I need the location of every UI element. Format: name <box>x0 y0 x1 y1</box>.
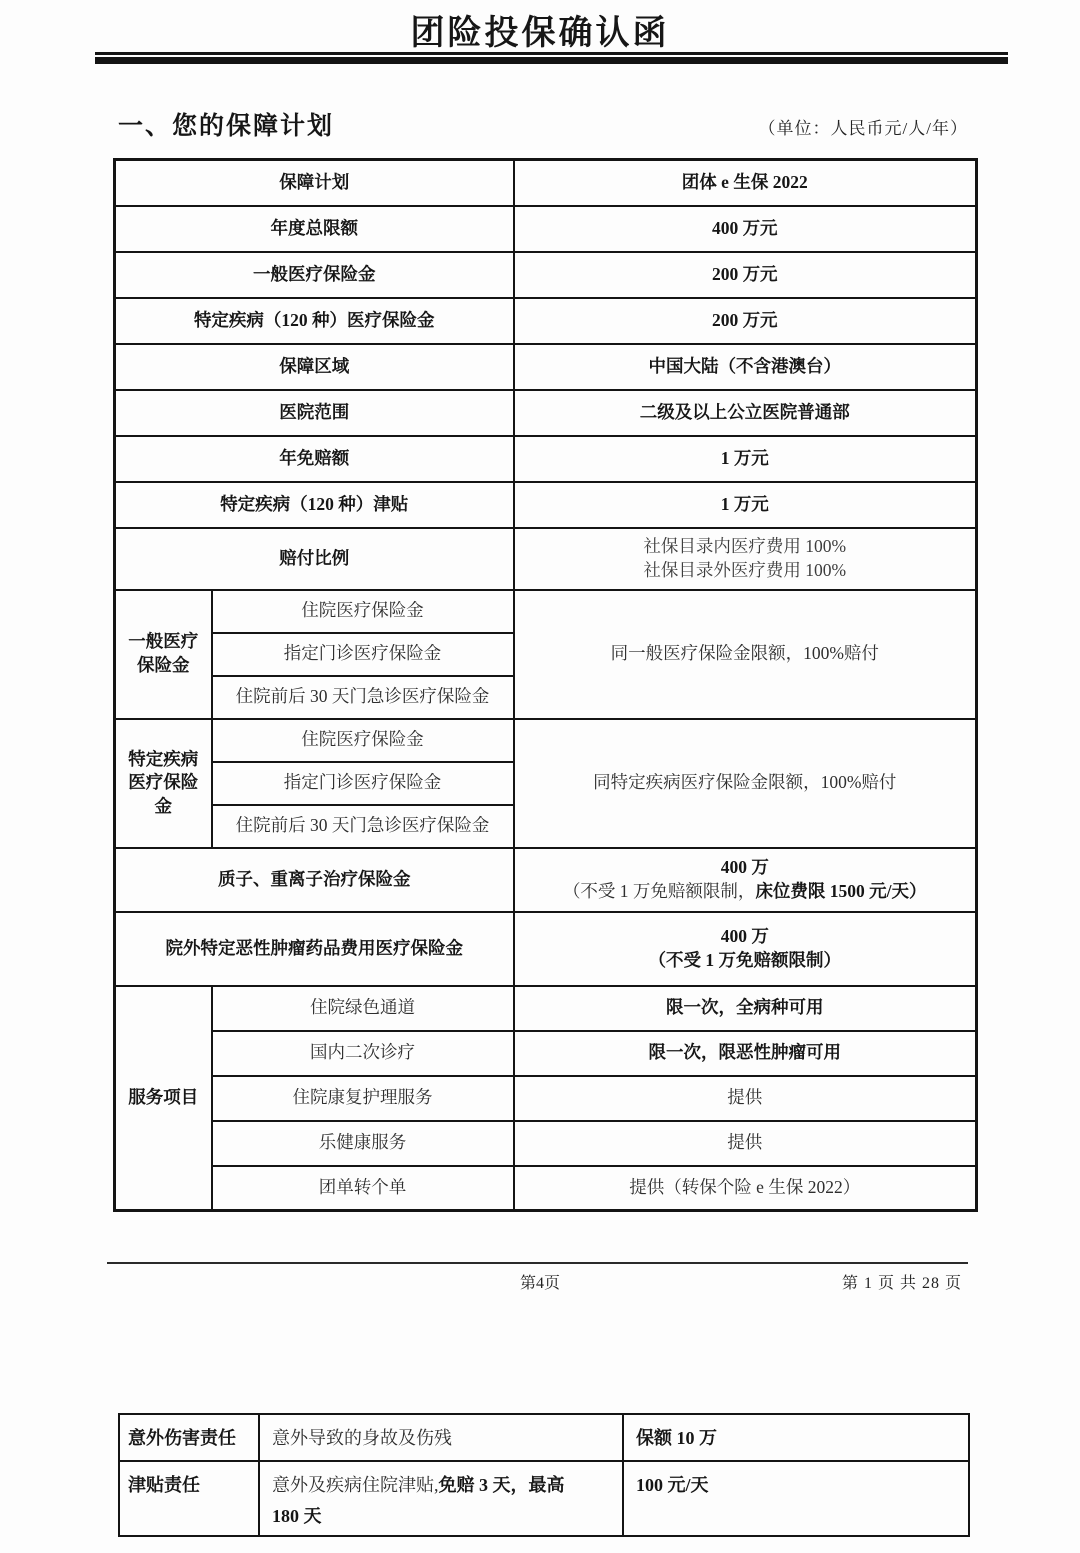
footer-divider-rule <box>107 1262 968 1264</box>
desc-line-2: 180 天 <box>272 1501 612 1532</box>
liability-table: 意外伤害责任 意外导致的身故及伤残 保额 10 万 津贴责任 意外及疾病住院津贴… <box>118 1413 970 1537</box>
table-row: 国内二次诊疗 限一次，限恶性肿瘤可用 <box>115 1031 977 1076</box>
section-header-row: 一、您的保障计划 （单位：人民币元/人/年） <box>118 106 968 142</box>
service-item: 住院康复护理服务 <box>212 1076 514 1121</box>
group-item: 住院医疗保险金 <box>212 719 514 762</box>
service-item: 乐健康服务 <box>212 1121 514 1166</box>
table-row: 年度总限额 400 万元 <box>115 206 977 252</box>
table-row: 赔付比例 社保目录内医疗费用 100% 社保目录外医疗费用 100% <box>115 528 977 590</box>
table-row: 住院康复护理服务 提供 <box>115 1076 977 1121</box>
proton-value-note: （不受 1 万免赔额限制，床位费限 1500 元/天） <box>519 880 972 904</box>
desc-bold: 免赔 3 天，最高 <box>439 1475 565 1495</box>
group-item: 住院前后 30 天门急诊医疗保险金 <box>212 676 514 719</box>
ratio-line-1: 社保目录内医疗费用 100% <box>519 535 972 559</box>
plan-row-label: 保障计划 <box>115 160 514 206</box>
table-row: 质子、重离子治疗保险金 400 万 （不受 1 万免赔额限制，床位费限 1500… <box>115 848 977 912</box>
plan-row-label: 医院范围 <box>115 390 514 436</box>
service-value: 限一次，限恶性肿瘤可用 <box>514 1031 977 1076</box>
table-row: 乐健康服务 提供 <box>115 1121 977 1166</box>
table-row: 一般医疗保险金 200 万元 <box>115 252 977 298</box>
table-row: 意外伤害责任 意外导致的身故及伤残 保额 10 万 <box>119 1414 969 1461</box>
service-value: 提供 <box>514 1076 977 1121</box>
drug-value-note: （不受 1 万免赔额限制） <box>519 949 972 973</box>
plan-row-value: 400 万元 <box>514 206 977 252</box>
table-row: 一般医疗保险金 住院医疗保险金 同一般医疗保险金限额，100%赔付 <box>115 590 977 633</box>
group-value: 同一般医疗保险金限额，100%赔付 <box>514 590 977 719</box>
plan-table: 保障计划 团体 e 生保 2022 年度总限额 400 万元 一般医疗保险金 2… <box>113 158 978 1212</box>
group-item: 住院前后 30 天门急诊医疗保险金 <box>212 805 514 848</box>
page-title: 团险投保确认函 <box>0 5 1080 54</box>
plan-row-label: 院外特定恶性肿瘤药品费用医疗保险金 <box>115 912 514 986</box>
proton-note-bold: 床位费限 1500 元/天） <box>755 881 926 901</box>
title-divider-rule <box>95 52 1008 64</box>
plan-row-value: 1 万元 <box>514 482 977 528</box>
table-row: 保障计划 团体 e 生保 2022 <box>115 160 977 206</box>
group-item: 住院医疗保险金 <box>212 590 514 633</box>
plan-row-label: 质子、重离子治疗保险金 <box>115 848 514 912</box>
plan-row-label: 特定疾病（120 种）医疗保险金 <box>115 298 514 344</box>
service-item: 住院绿色通道 <box>212 986 514 1031</box>
ratio-line-2: 社保目录外医疗费用 100% <box>519 559 972 583</box>
group-label-specific-disease: 特定疾病医疗保险金 <box>115 719 212 848</box>
group-label-general-medical: 一般医疗保险金 <box>115 590 212 719</box>
service-value: 提供（转保个险 e 生保 2022） <box>514 1166 977 1211</box>
liability-row-label: 津贴责任 <box>119 1461 259 1536</box>
table-row: 特定疾病（120 种）津贴 1 万元 <box>115 482 977 528</box>
plan-row-value: 200 万元 <box>514 298 977 344</box>
table-row: 服务项目 住院绿色通道 限一次，全病种可用 <box>115 986 977 1031</box>
service-value: 提供 <box>514 1121 977 1166</box>
desc-regular: 意外导致的身故及伤残 <box>272 1428 452 1448</box>
service-value: 限一次，全病种可用 <box>514 986 977 1031</box>
service-item: 国内二次诊疗 <box>212 1031 514 1076</box>
group-label-services: 服务项目 <box>115 986 212 1211</box>
desc-regular: 意外及疾病住院津贴, <box>272 1475 439 1495</box>
group-item: 指定门诊医疗保险金 <box>212 762 514 805</box>
plan-row-label: 赔付比例 <box>115 528 514 590</box>
plan-row-label: 年度总限额 <box>115 206 514 252</box>
service-item: 团单转个单 <box>212 1166 514 1211</box>
group-value: 同特定疾病医疗保险金限额，100%赔付 <box>514 719 977 848</box>
liability-row-label: 意外伤害责任 <box>119 1414 259 1461</box>
plan-row-value: 社保目录内医疗费用 100% 社保目录外医疗费用 100% <box>514 528 977 590</box>
table-row: 医院范围 二级及以上公立医院普通部 <box>115 390 977 436</box>
plan-row-value: 400 万 （不受 1 万免赔额限制） <box>514 912 977 986</box>
proton-note-regular: （不受 1 万免赔额限制， <box>563 881 756 901</box>
drug-value-amount: 400 万 <box>519 925 972 949</box>
unit-note: （单位：人民币元/人/年） <box>759 114 968 139</box>
section-heading: 一、您的保障计划 <box>118 106 334 142</box>
table-row: 年免赔额 1 万元 <box>115 436 977 482</box>
liability-row-value: 100 元/天 <box>623 1461 969 1536</box>
table-row: 特定疾病（120 种）医疗保险金 200 万元 <box>115 298 977 344</box>
plan-row-label: 年免赔额 <box>115 436 514 482</box>
group-item: 指定门诊医疗保险金 <box>212 633 514 676</box>
plan-row-value: 200 万元 <box>514 252 977 298</box>
plan-row-value: 400 万 （不受 1 万免赔额限制，床位费限 1500 元/天） <box>514 848 977 912</box>
plan-row-value: 中国大陆（不含港澳台） <box>514 344 977 390</box>
plan-row-label: 特定疾病（120 种）津贴 <box>115 482 514 528</box>
table-row: 保障区域 中国大陆（不含港澳台） <box>115 344 977 390</box>
table-row: 特定疾病医疗保险金 住院医疗保险金 同特定疾病医疗保险金限额，100%赔付 <box>115 719 977 762</box>
footer-page-right: 第 1 页 共 28 页 <box>842 1270 962 1293</box>
table-row: 院外特定恶性肿瘤药品费用医疗保险金 400 万 （不受 1 万免赔额限制） <box>115 912 977 986</box>
table-row: 团单转个单 提供（转保个险 e 生保 2022） <box>115 1166 977 1211</box>
liability-row-desc: 意外导致的身故及伤残 <box>259 1414 623 1461</box>
plan-row-label: 保障区域 <box>115 344 514 390</box>
plan-row-value: 二级及以上公立医院普通部 <box>514 390 977 436</box>
plan-row-value: 团体 e 生保 2022 <box>514 160 977 206</box>
plan-row-value: 1 万元 <box>514 436 977 482</box>
liability-row-desc: 意外及疾病住院津贴,免赔 3 天，最高180 天 <box>259 1461 623 1536</box>
liability-row-value: 保额 10 万 <box>623 1414 969 1461</box>
plan-row-label: 一般医疗保险金 <box>115 252 514 298</box>
proton-value-amount: 400 万 <box>519 856 972 880</box>
table-row: 津贴责任 意外及疾病住院津贴,免赔 3 天，最高180 天 100 元/天 <box>119 1461 969 1536</box>
